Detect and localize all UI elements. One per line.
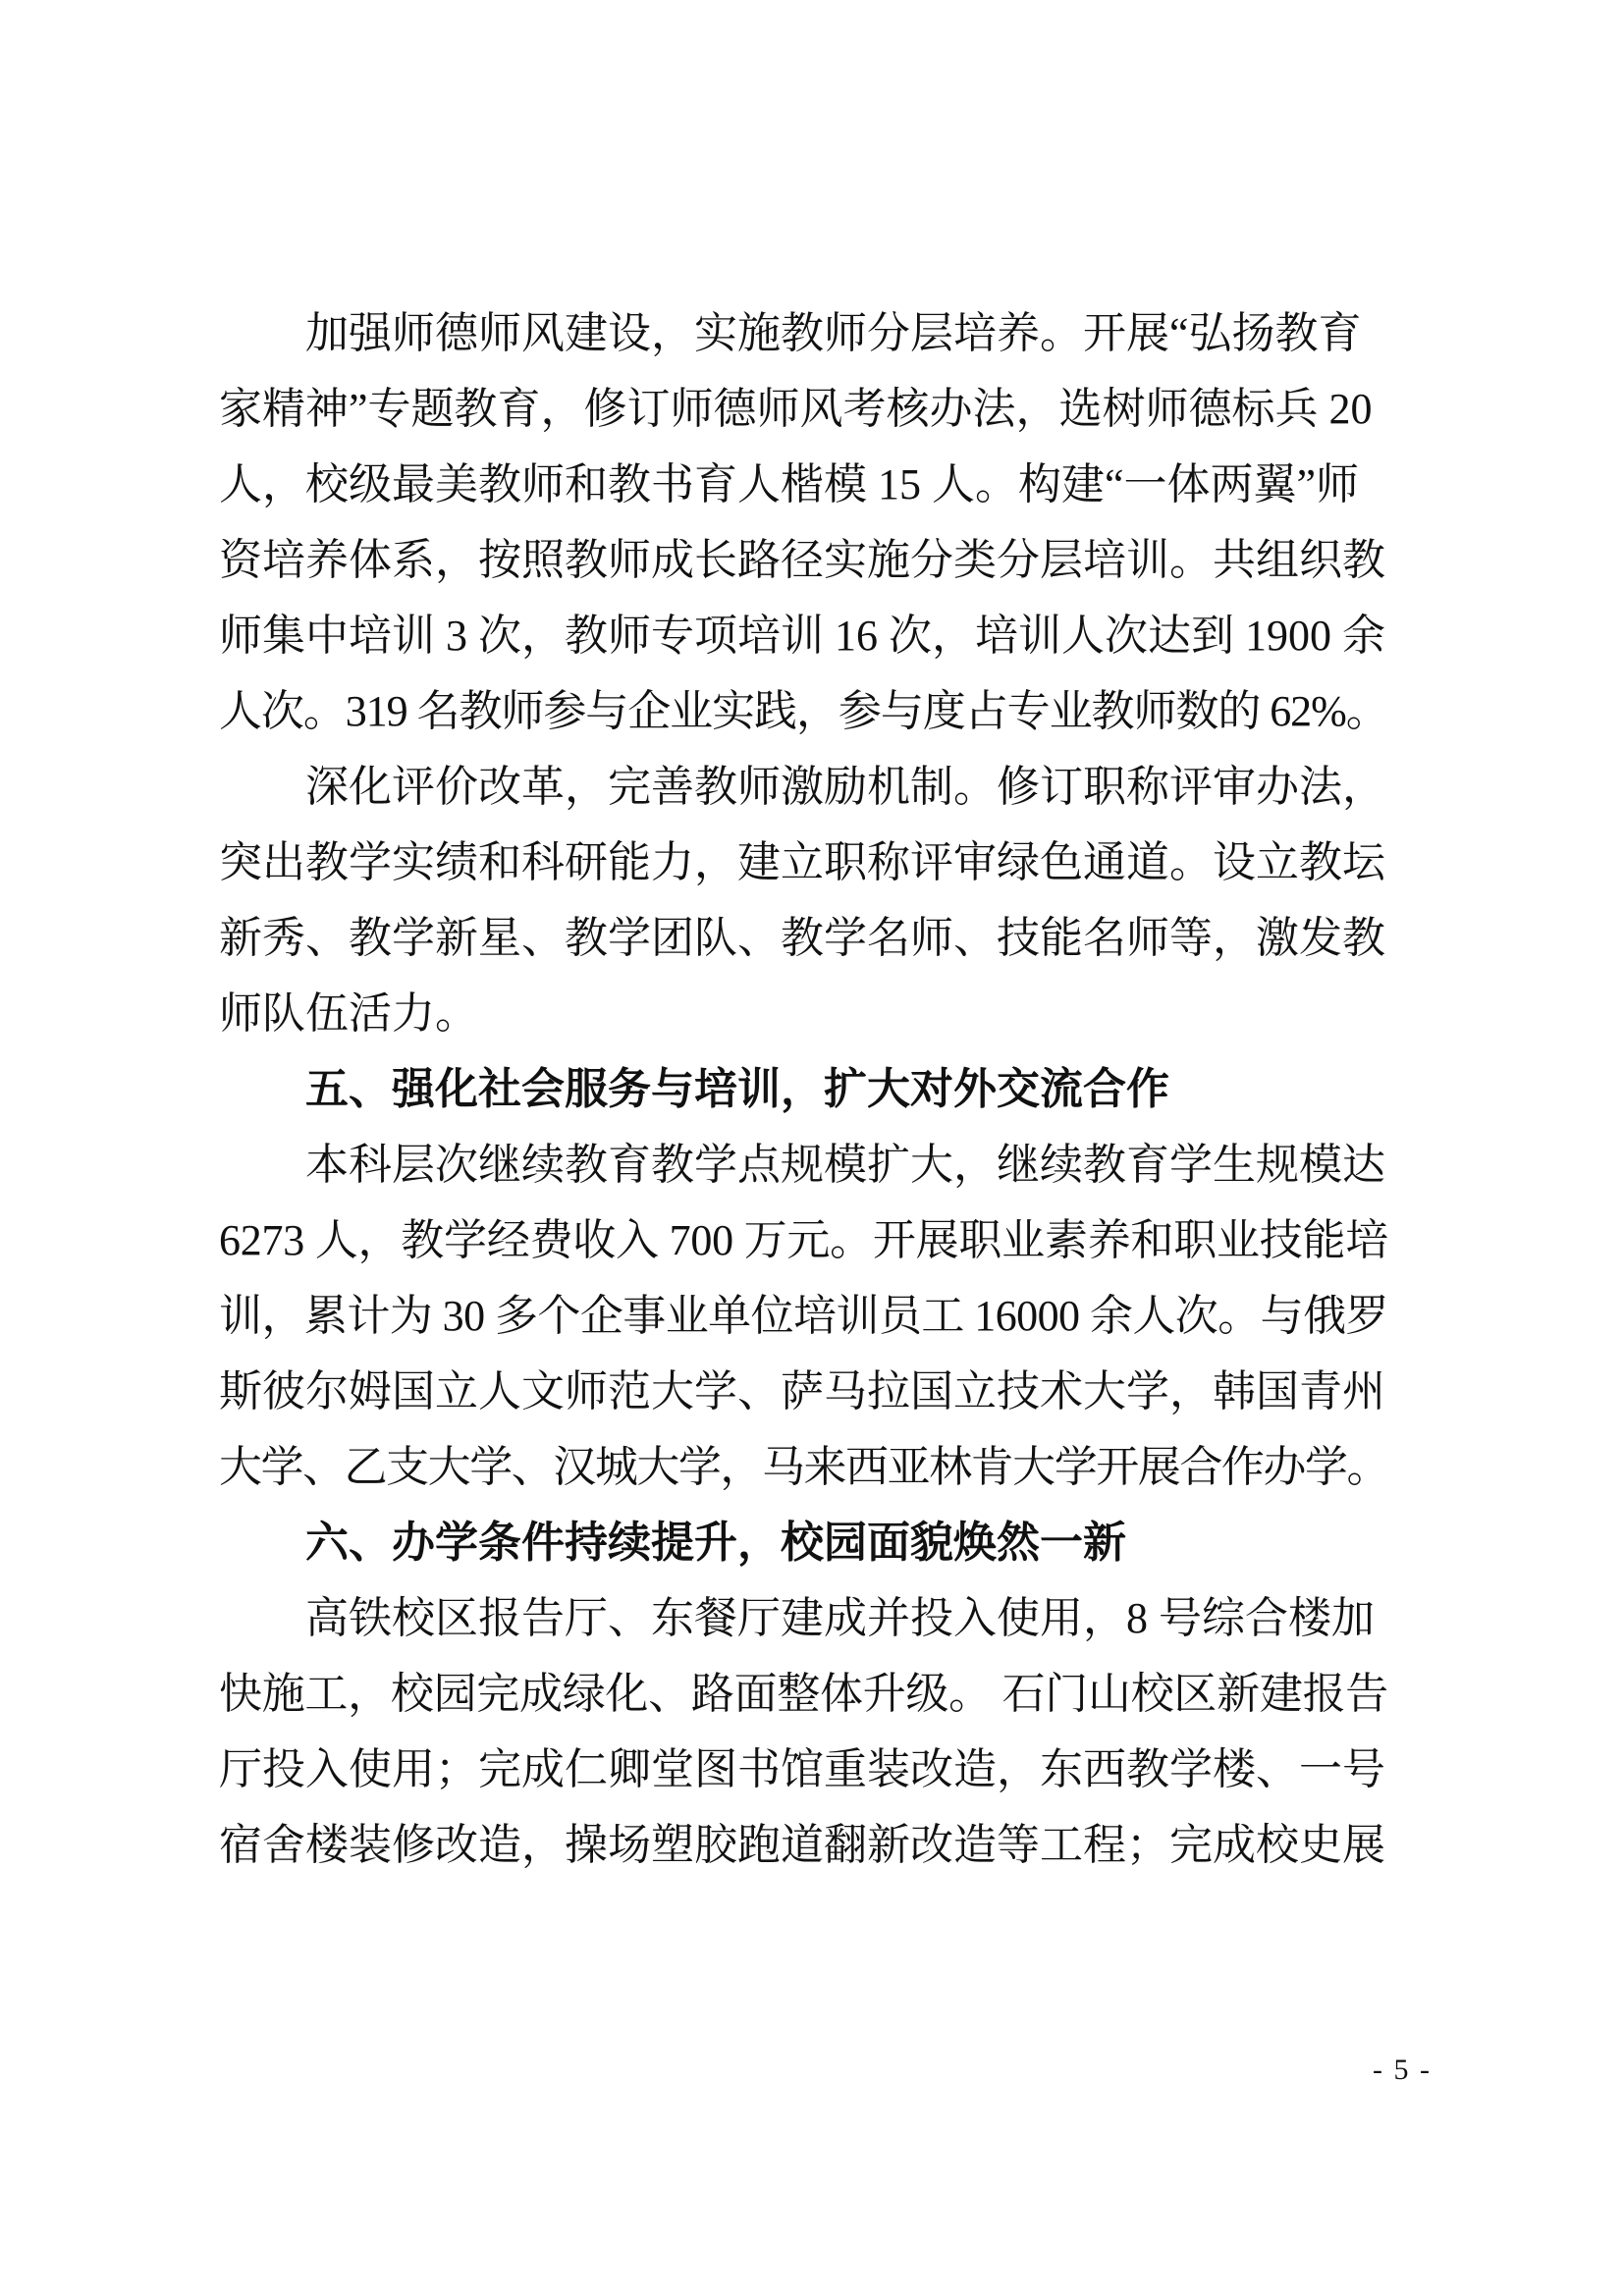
document-line: 大学、乙支大学、汉城大学，马来西亚林肯大学开展合作办学。 [219,1429,1388,1505]
document-line: 家精神”专题教育，修订师德师风考核办法，选树师德标兵 20 [219,371,1388,447]
page-number: - 5 - [1373,2054,1432,2087]
document-line: 深化评价改革，完善教师激励机制。修订职称评审办法， [219,749,1388,825]
document-body: 加强师德师风建设，实施教师分层培养。开展“弘扬教育家精神”专题教育，修订师德师风… [219,295,1388,1883]
document-line: 人，校级最美教师和教书育人楷模 15 人。构建“一体两翼”师 [219,447,1388,522]
document-line: 本科层次继续教育教学点规模扩大，继续教育学生规模达 [219,1127,1388,1202]
document-line: 新秀、教学新星、教学团队、教学名师、技能名师等，激发教 [219,900,1388,976]
document-line: 突出教学实绩和科研能力，建立职称评审绿色通道。设立教坛 [219,825,1388,900]
document-line: 师队伍活力。 [219,976,1388,1051]
document-line: 宿舍楼装修改造，操场塑胶跑道翻新改造等工程；完成校史展 [219,1807,1388,1883]
document-line: 人次。319 名教师参与企业实践，参与度占专业教师数的 62%。 [219,673,1388,749]
document-line: 斯彼尔姆国立人文师范大学、萨马拉国立技术大学，韩国青州 [219,1354,1388,1429]
document-line: 五、强化社会服务与培训，扩大对外交流合作 [219,1051,1388,1127]
document-page: 加强师德师风建设，实施教师分层培养。开展“弘扬教育家精神”专题教育，修订师德师风… [0,0,1623,2296]
document-line: 师集中培训 3 次，教师专项培训 16 次，培训人次达到 1900 余 [219,598,1388,673]
document-line: 训，累计为 30 多个企事业单位培训员工 16000 余人次。与俄罗 [219,1278,1388,1354]
document-line: 加强师德师风建设，实施教师分层培养。开展“弘扬教育 [219,295,1388,371]
document-line: 六、办学条件持续提升，校园面貌焕然一新 [219,1505,1388,1580]
document-line: 6273 人，教学经费收入 700 万元。开展职业素养和职业技能培 [219,1202,1388,1278]
document-line: 厅投入使用；完成仁卿堂图书馆重装改造，东西教学楼、一号 [219,1732,1388,1807]
document-line: 快施工，校园完成绿化、路面整体升级。 石门山校区新建报告 [219,1656,1388,1732]
document-line: 高铁校区报告厅、东餐厅建成并投入使用，8 号综合楼加 [219,1580,1388,1656]
document-line: 资培养体系，按照教师成长路径实施分类分层培训。共组织教 [219,522,1388,598]
